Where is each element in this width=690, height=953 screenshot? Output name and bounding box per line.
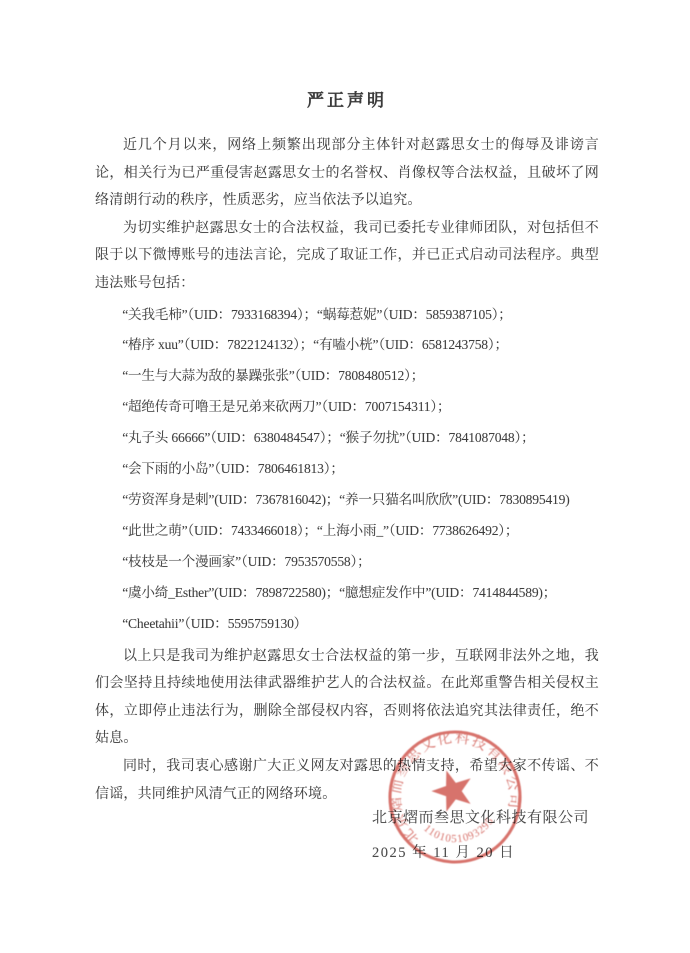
violating-account-line: “一生与大蒜为敌的暴躁张张”（UID：7808480512）； bbox=[95, 361, 599, 392]
statement-paragraph-thanks: 同时，我司衷心感谢广大正义网友对露思的热情支持，希望大家不传谣、不信谣，共同维护… bbox=[95, 753, 599, 808]
statement-date: 2025 年 11 月 20 日 bbox=[372, 841, 515, 862]
violating-account-line: “此世之萌”（UID：7433466018）；“上海小雨_”（UID：77386… bbox=[95, 516, 599, 547]
violating-account-line: “会下雨的小岛”（UID：7806461813）； bbox=[95, 454, 599, 485]
violating-account-line: “丸子头 66666”（UID：6380484547）；“猴子勿扰”（UID：7… bbox=[95, 423, 599, 454]
violating-account-line: “Cheetahii”（UID：5595759130） bbox=[95, 609, 599, 640]
violating-account-line: “枝枝是一个漫画家”（UID：7953570558）； bbox=[95, 547, 599, 578]
violating-account-line: “超绝传奇可噜王是兄弟来砍两刀”（UID：7007154311）； bbox=[95, 392, 599, 423]
statement-paragraph-intro: 近几个月以来，网络上频繁出现部分主体针对赵露思女士的侮辱及诽谤言论，相关行为已严… bbox=[95, 132, 599, 215]
statement-title: 严正声明 bbox=[95, 86, 599, 111]
violating-account-list: “关我毛柿”（UID：7933168394）；“蜗莓惹妮”（UID：585938… bbox=[95, 300, 599, 640]
violating-account-line: “关我毛柿”（UID：7933168394）；“蜗莓惹妮”（UID：585938… bbox=[95, 300, 599, 331]
statement-document-page: 严正声明 近几个月以来，网络上频繁出现部分主体针对赵露思女士的侮辱及诽谤言论，相… bbox=[0, 0, 690, 953]
violating-account-line: “劳资浑身是刺”(UID：7367816042)；“养一只猫名叫欣欣”(UID：… bbox=[95, 485, 599, 516]
statement-paragraph-warning: 以上只是我司为维护赵露思女士合法权益的第一步，互联网非法外之地，我们会坚持且持续… bbox=[95, 643, 599, 753]
violating-account-line: “虞小绮_Esther”(UID：7898722580)；“臆想症发作中”(UI… bbox=[95, 578, 599, 609]
company-signature: 北京熠而叁思文化科技有限公司 bbox=[372, 806, 589, 827]
document-content: 严正声明 近几个月以来，网络上频繁出现部分主体针对赵露思女士的侮辱及诽谤言论，相… bbox=[95, 86, 599, 808]
violating-account-line: “椿序 xuu”（UID：7822124132）；“有嗑小桄”（UID：6581… bbox=[95, 330, 599, 361]
statement-paragraph-legal-action: 为切实维护赵露思女士的合法权益，我司已委托专业律师团队，对包括但不限于以下微博账… bbox=[95, 215, 599, 298]
